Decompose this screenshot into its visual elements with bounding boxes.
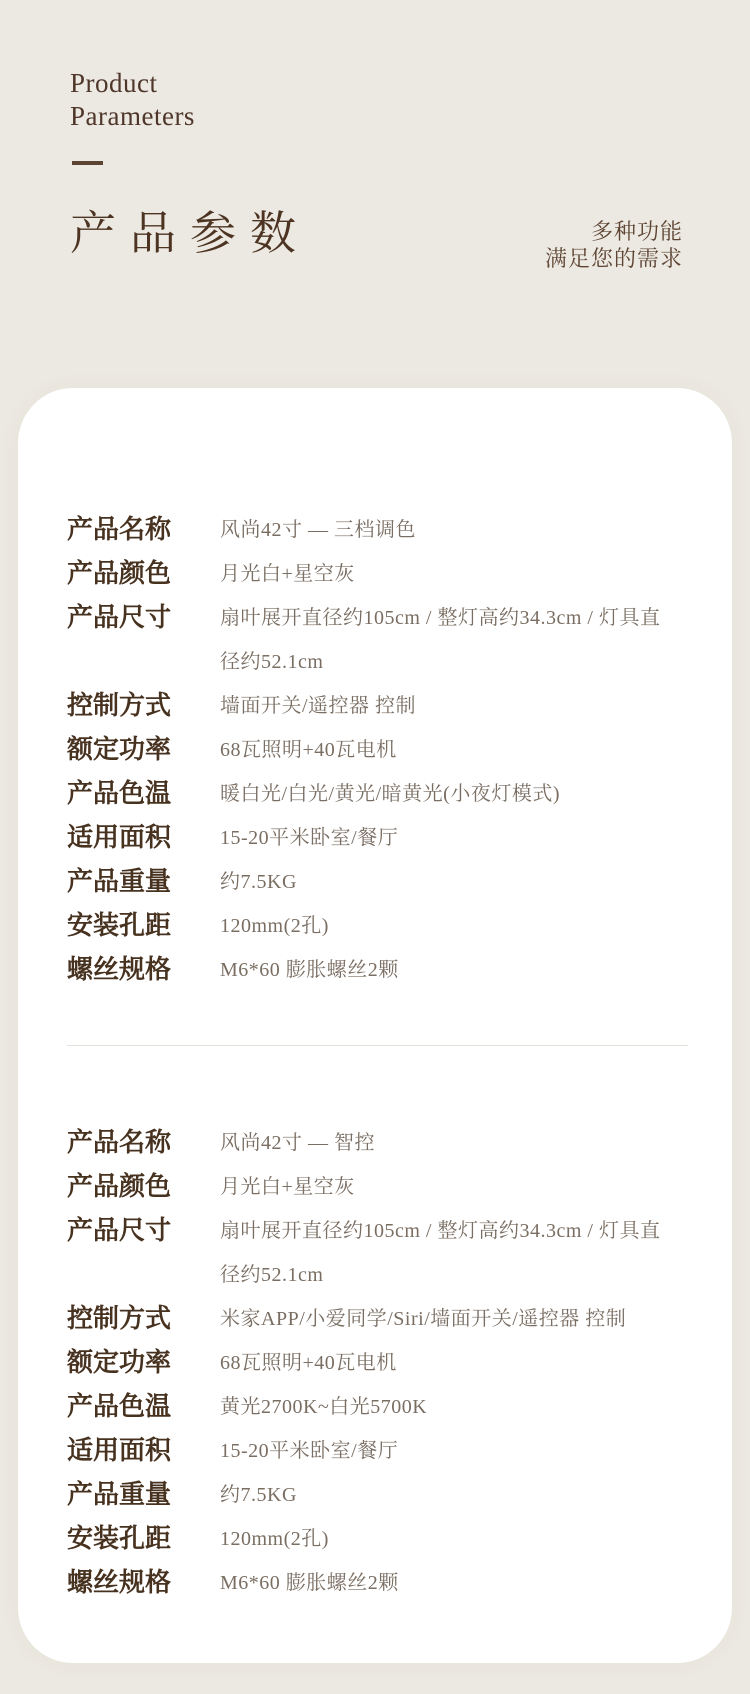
page-title: 产品参数 xyxy=(70,211,310,257)
param-row: 产品尺寸扇叶展开直径约105cm / 整灯高约34.3cm / 灯具直径约52.… xyxy=(67,1209,688,1297)
param-label: 额定功率 xyxy=(67,728,220,772)
param-label: 额定功率 xyxy=(67,1341,220,1385)
param-label: 控制方式 xyxy=(67,1297,220,1341)
param-value: 米家APP/小爱同学/Siri/墙面开关/遥控器 控制 xyxy=(220,1297,672,1341)
eyebrow-line-2: Parameters xyxy=(70,100,683,133)
param-row: 产品重量约7.5KG xyxy=(67,1473,688,1517)
param-value: 68瓦照明+40瓦电机 xyxy=(220,728,672,772)
param-value: 墙面开关/遥控器 控制 xyxy=(220,684,672,728)
param-value: M6*60 膨胀螺丝2颗 xyxy=(220,948,672,992)
param-row: 产品尺寸扇叶展开直径约105cm / 整灯高约34.3cm / 灯具直径约52.… xyxy=(67,596,688,684)
param-value: M6*60 膨胀螺丝2颗 xyxy=(220,1561,672,1605)
title-row: 产品参数 多种功能 满足您的需求 xyxy=(70,211,683,272)
param-label: 安装孔距 xyxy=(67,904,220,948)
product-parameters-page: Product Parameters 产品参数 多种功能 满足您的需求 产品名称… xyxy=(0,0,750,1694)
param-label: 产品色温 xyxy=(67,1385,220,1429)
accent-dash xyxy=(72,161,103,165)
param-row: 安装孔距120mm(2孔) xyxy=(67,1517,688,1561)
param-value: 扇叶展开直径约105cm / 整灯高约34.3cm / 灯具直径约52.1cm xyxy=(220,1209,672,1297)
param-row: 产品名称风尚42寸 — 三档调色 xyxy=(67,508,688,552)
params-card: 产品名称风尚42寸 — 三档调色产品颜色月光白+星空灰产品尺寸扇叶展开直径约10… xyxy=(18,388,732,1663)
param-label: 适用面积 xyxy=(67,1429,220,1473)
param-value: 68瓦照明+40瓦电机 xyxy=(220,1341,672,1385)
param-label: 产品尺寸 xyxy=(67,1209,220,1253)
param-label: 螺丝规格 xyxy=(67,948,220,992)
param-value: 黄光2700K~白光5700K xyxy=(220,1385,672,1429)
param-label: 控制方式 xyxy=(67,684,220,728)
param-row: 产品颜色月光白+星空灰 xyxy=(67,1165,688,1209)
tagline-line-1: 多种功能 xyxy=(545,218,683,245)
table-divider xyxy=(67,1045,688,1046)
tagline-line-2: 满足您的需求 xyxy=(545,245,683,272)
param-value: 15-20平米卧室/餐厅 xyxy=(220,816,672,860)
param-row: 产品重量约7.5KG xyxy=(67,860,688,904)
param-value: 约7.5KG xyxy=(220,1473,672,1517)
param-label: 产品色温 xyxy=(67,772,220,816)
param-row: 控制方式米家APP/小爱同学/Siri/墙面开关/遥控器 控制 xyxy=(67,1297,688,1341)
param-row: 产品名称风尚42寸 — 智控 xyxy=(67,1121,688,1165)
param-label: 产品重量 xyxy=(67,1473,220,1517)
param-row: 适用面积15-20平米卧室/餐厅 xyxy=(67,816,688,860)
param-value: 120mm(2孔) xyxy=(220,904,672,948)
param-label: 安装孔距 xyxy=(67,1517,220,1561)
param-row: 控制方式墙面开关/遥控器 控制 xyxy=(67,684,688,728)
param-value: 月光白+星空灰 xyxy=(220,1165,672,1209)
param-value: 月光白+星空灰 xyxy=(220,552,672,596)
param-row: 额定功率68瓦照明+40瓦电机 xyxy=(67,728,688,772)
param-value: 风尚42寸 — 智控 xyxy=(220,1121,672,1165)
param-row: 螺丝规格M6*60 膨胀螺丝2颗 xyxy=(67,1561,688,1605)
param-label: 产品尺寸 xyxy=(67,596,220,640)
param-label: 适用面积 xyxy=(67,816,220,860)
eyebrow-line-1: Product xyxy=(70,67,683,100)
param-label: 产品名称 xyxy=(67,1121,220,1165)
param-value: 120mm(2孔) xyxy=(220,1517,672,1561)
param-row: 螺丝规格M6*60 膨胀螺丝2颗 xyxy=(67,948,688,992)
param-label: 产品名称 xyxy=(67,508,220,552)
params-table-standard: 产品名称风尚42寸 — 三档调色产品颜色月光白+星空灰产品尺寸扇叶展开直径约10… xyxy=(67,508,688,992)
param-label: 螺丝规格 xyxy=(67,1561,220,1605)
param-value: 暖白光/白光/黄光/暗黄光(小夜灯模式) xyxy=(220,772,672,816)
header: Product Parameters 产品参数 多种功能 满足您的需求 xyxy=(0,0,750,272)
param-value: 扇叶展开直径约105cm / 整灯高约34.3cm / 灯具直径约52.1cm xyxy=(220,596,672,684)
param-row: 适用面积15-20平米卧室/餐厅 xyxy=(67,1429,688,1473)
param-row: 安装孔距120mm(2孔) xyxy=(67,904,688,948)
param-row: 产品颜色月光白+星空灰 xyxy=(67,552,688,596)
param-label: 产品颜色 xyxy=(67,1165,220,1209)
param-row: 产品色温黄光2700K~白光5700K xyxy=(67,1385,688,1429)
tagline: 多种功能 满足您的需求 xyxy=(545,218,683,272)
params-table-smart: 产品名称风尚42寸 — 智控产品颜色月光白+星空灰产品尺寸扇叶展开直径约105c… xyxy=(67,1121,688,1605)
param-value: 15-20平米卧室/餐厅 xyxy=(220,1429,672,1473)
param-row: 产品色温暖白光/白光/黄光/暗黄光(小夜灯模式) xyxy=(67,772,688,816)
param-row: 额定功率68瓦照明+40瓦电机 xyxy=(67,1341,688,1385)
eyebrow-heading: Product Parameters xyxy=(70,67,683,133)
param-value: 风尚42寸 — 三档调色 xyxy=(220,508,672,552)
param-value: 约7.5KG xyxy=(220,860,672,904)
param-label: 产品颜色 xyxy=(67,552,220,596)
param-label: 产品重量 xyxy=(67,860,220,904)
